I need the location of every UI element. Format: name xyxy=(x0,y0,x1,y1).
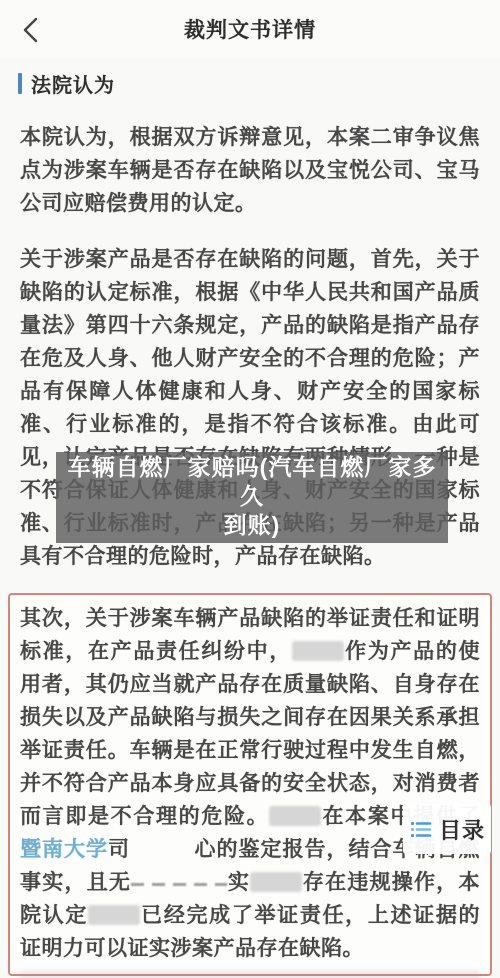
watermark-line-2: 到账) xyxy=(60,511,444,540)
section-title: 法院认为 xyxy=(31,69,115,98)
entity-link[interactable]: 暨南大学 xyxy=(20,838,108,861)
text-covered-by-toc-button xyxy=(130,855,194,856)
redacted-dashes xyxy=(131,876,227,890)
toc-button[interactable]: 目录 xyxy=(403,804,491,854)
redacted-blob xyxy=(269,806,321,826)
redacted-blob xyxy=(88,905,140,925)
boxed-text-segment: 实 xyxy=(227,871,250,894)
redacted-blob xyxy=(292,641,344,661)
boxed-paragraph: 其次，关于涉案车辆产品缺陷的举证责任和证明标准，在产品责任纠纷中，作为产品的使用… xyxy=(8,593,492,976)
boxed-text-segment: 司 xyxy=(108,838,130,861)
cutoff-text-hint xyxy=(20,971,480,978)
watermark-line-1: 车辆自燃厂家赔吗(汽车自燃厂家多久 xyxy=(60,453,444,511)
boxed-text-segment: 作为产品的使用者，其仍应当就产品存在质量缺陷、自身存在损失以及产品缺陷与损失之间… xyxy=(20,640,480,828)
chevron-left-icon xyxy=(22,16,39,44)
court-opinion-paragraph-1: 本院认为，根据双方诉辩意见，本案二审争议焦点为涉案车辆是否存在缺陷以及宝悦公司、… xyxy=(20,121,480,220)
back-button[interactable] xyxy=(12,12,48,48)
toc-button-label: 目录 xyxy=(439,814,485,845)
page-title: 裁判文书详情 xyxy=(184,14,316,44)
watermark-overlay: 车辆自燃厂家赔吗(汽车自燃厂家多久 到账) xyxy=(56,452,448,543)
app-header: 裁判文书详情 xyxy=(0,0,500,58)
list-icon xyxy=(409,818,432,841)
redacted-blob xyxy=(250,872,302,892)
section-accent-bar xyxy=(18,73,22,94)
section-heading: 法院认为 xyxy=(18,66,500,100)
